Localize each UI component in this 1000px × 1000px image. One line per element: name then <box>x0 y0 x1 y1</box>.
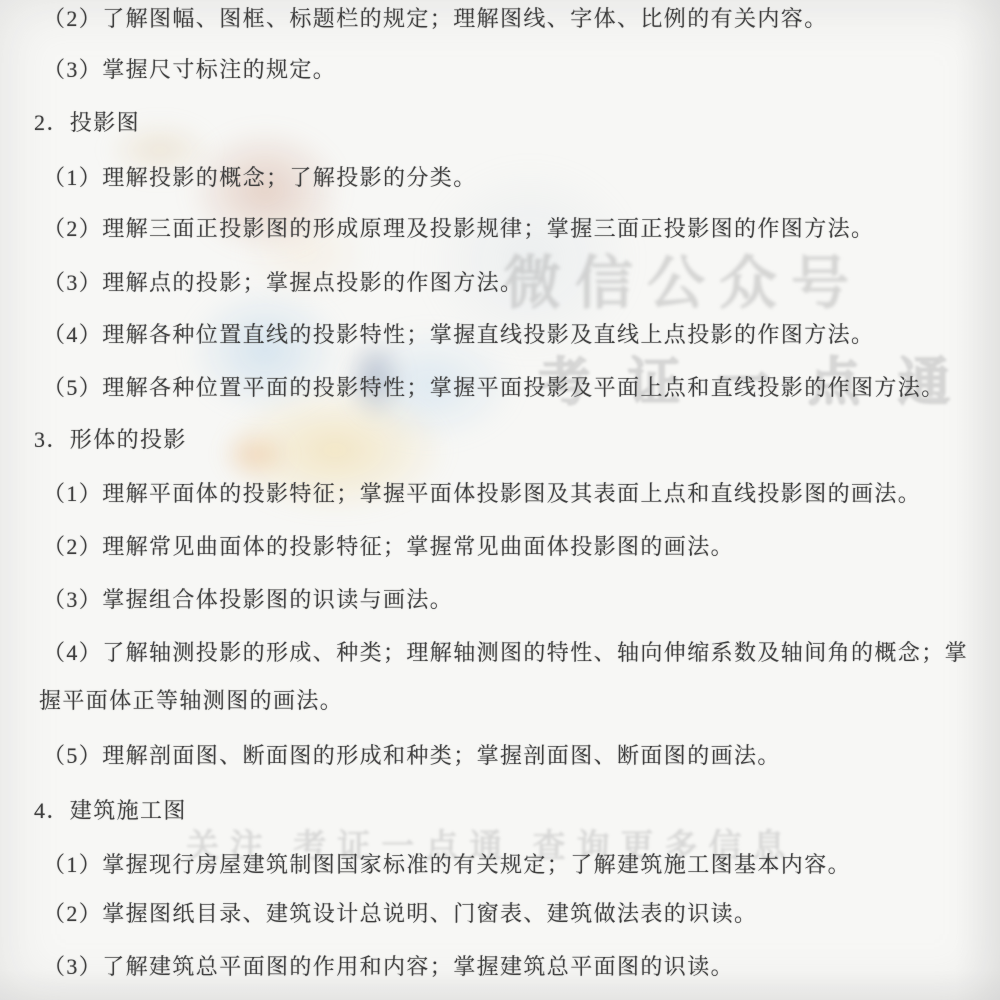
document-line: （5）理解各种位置平面的投影特性；掌握平面投影及平面上点和直线投影的作图方法。 <box>43 377 945 399</box>
section-heading: 3．形体的投影 <box>34 429 187 451</box>
document-line: （4）了解轴测投影的形成、种类；理解轴测图的特性、轴向伸缩系数及轴间角的概念；掌 <box>43 642 968 664</box>
document-line: （4）理解各种位置直线的投影特性；掌握直线投影及直线上点投影的作图方法。 <box>43 324 874 346</box>
watermark-wechat-label: 微信公众号 <box>503 236 863 320</box>
section-heading: 2．投影图 <box>34 112 140 134</box>
document-line: （3）理解点的投影；掌握点投影的作图方法。 <box>43 272 523 294</box>
document-line: 握平面体正等轴测图的画法。 <box>39 690 343 712</box>
document-line: （1）理解平面体的投影特征；掌握平面体投影图及其表面上点和直线投影图的画法。 <box>43 483 921 505</box>
document-line: （2）掌握图纸目录、建筑设计总说明、门窗表、建筑做法表的识读。 <box>43 903 757 925</box>
document-line: （5）理解剖面图、断面图的形成和种类；掌握剖面图、断面图的画法。 <box>43 745 781 767</box>
document-line: （2）了解图幅、图框、标题栏的规定；理解图线、字体、比例的有关内容。 <box>43 8 828 30</box>
document-page: 微信公众号 考证一点通 关注 考证一点通 查询更多信息 （2）了解图幅、图框、标… <box>0 0 1000 1000</box>
document-line: （2）理解三面正投影图的形成原理及投影规律；掌握三面正投影图的作图方法。 <box>43 218 874 240</box>
document-line: （1）掌握现行房屋建筑制图国家标准的有关规定；了解建筑施工图基本内容。 <box>43 854 851 876</box>
document-line: （2）理解常见曲面体的投影特征；掌握常见曲面体投影图的画法。 <box>43 536 734 558</box>
mascot-watermark-icon <box>90 85 650 525</box>
document-line: （3）了解建筑总平面图的作用和内容；掌握建筑总平面图的识读。 <box>43 956 734 978</box>
document-line: （3）掌握组合体投影图的识读与画法。 <box>43 589 453 611</box>
section-heading: 4．建筑施工图 <box>34 800 187 822</box>
document-line: （1）理解投影的概念；了解投影的分类。 <box>43 167 477 189</box>
document-line: （3）掌握尺寸标注的规定。 <box>43 59 336 81</box>
mascot-blob <box>220 430 290 480</box>
